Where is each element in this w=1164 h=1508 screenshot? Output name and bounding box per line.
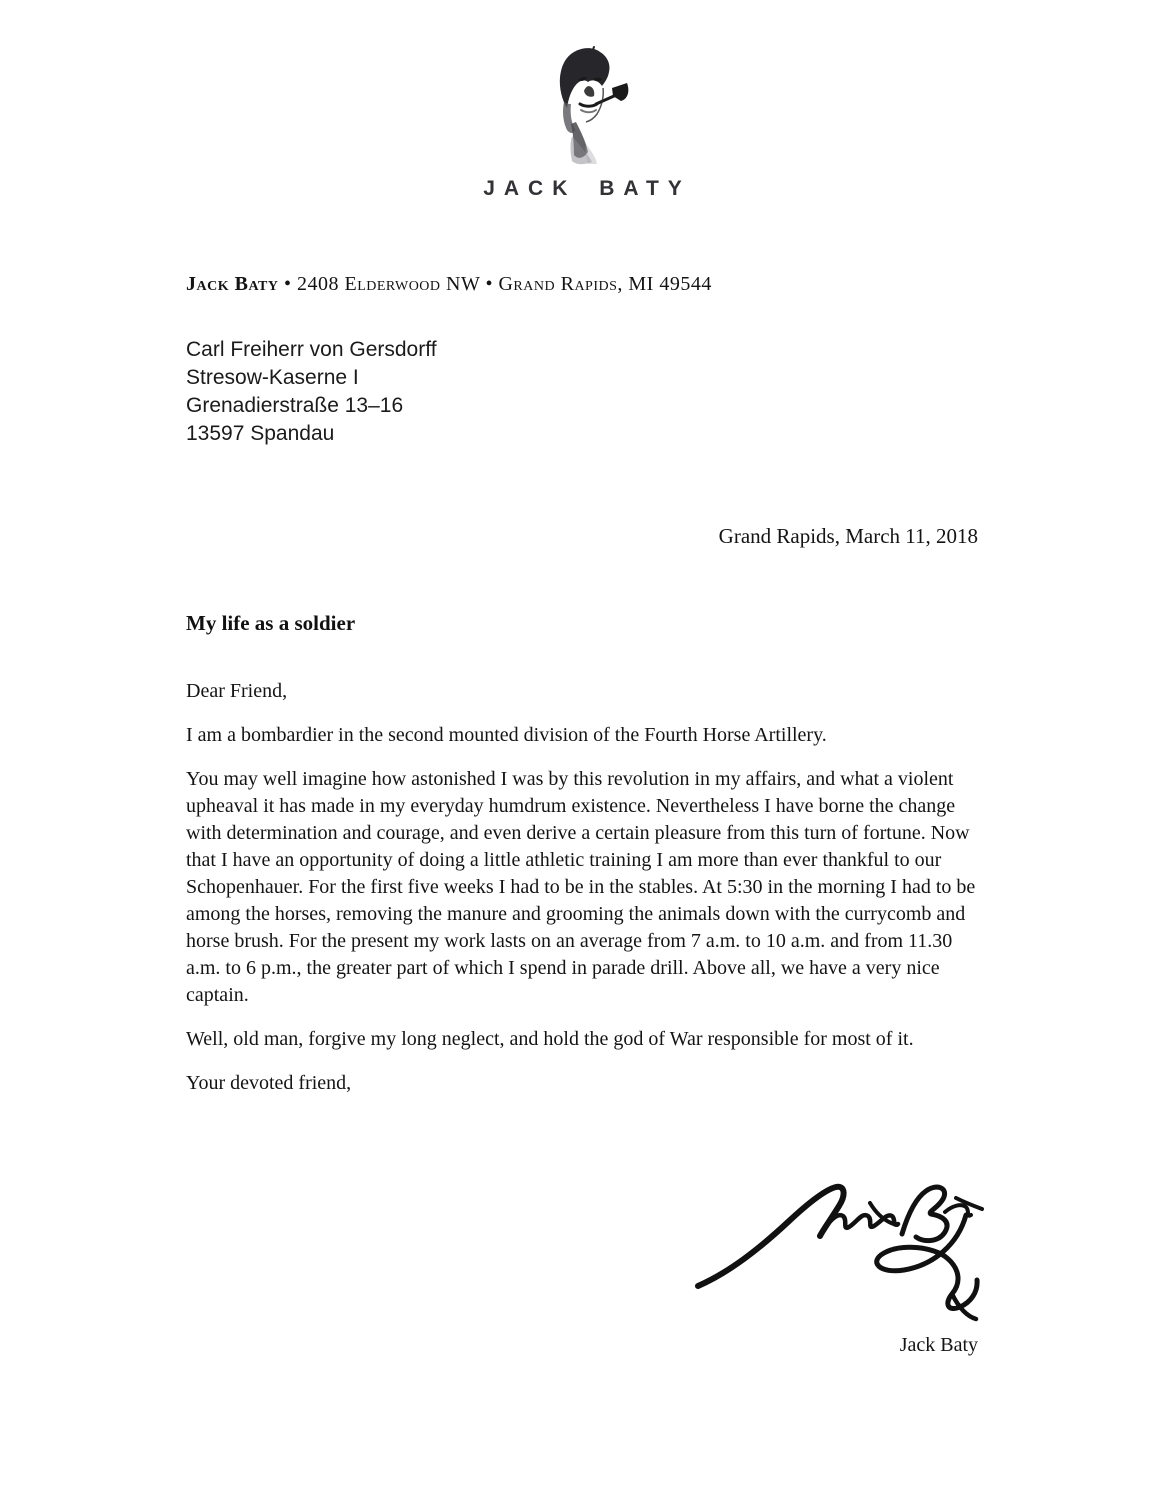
letterhead: JACK BATY [0, 44, 1164, 201]
recipient-line: Stresow-Kaserne I [186, 364, 437, 392]
man-with-pipe-portrait-icon [534, 44, 630, 166]
body-paragraph: I am a bombardier in the second mounted … [186, 722, 980, 749]
recipient-address: Carl Freiherr von Gersdorff Stresow-Kase… [186, 336, 437, 448]
signature-icon [690, 1168, 985, 1328]
recipient-line: Grenadierstraße 13–16 [186, 392, 437, 420]
recipient-line: Carl Freiherr von Gersdorff [186, 336, 437, 364]
recipient-line: 13597 Spandau [186, 420, 437, 448]
sender-name: Jack Baty [186, 273, 278, 295]
valediction: Your devoted friend, [186, 1070, 980, 1097]
sender-address: • 2408 Elderwood NW • Grand Rapids, MI 4… [284, 273, 712, 295]
body-paragraph: Well, old man, forgive my long neglect, … [186, 1026, 980, 1053]
brand-name: JACK BATY [10, 177, 1164, 201]
sender-address-line: Jack Baty • 2408 Elderwood NW • Grand Ra… [186, 273, 712, 296]
signed-name: Jack Baty [900, 1334, 978, 1357]
letter-body: Dear Friend, I am a bombardier in the se… [186, 678, 980, 1097]
dateline: Grand Rapids, March 11, 2018 [719, 524, 978, 549]
salutation: Dear Friend, [186, 678, 980, 705]
subject-line: My life as a soldier [186, 611, 355, 636]
body-paragraph: You may well imagine how astonished I wa… [186, 766, 980, 1009]
letter-page: JACK BATY Jack Baty • 2408 Elderwood NW … [0, 0, 1164, 1508]
